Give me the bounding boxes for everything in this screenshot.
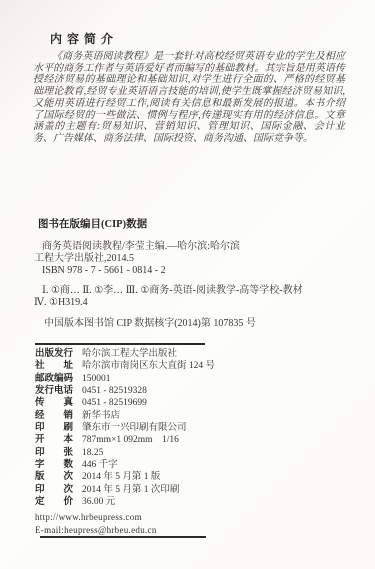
colophon-row: 发行电话0451 - 82519328 [35,385,335,397]
colophon-label: 社址 [35,360,73,372]
colophon-value: 肇东市一兴印刷有限公司 [82,423,187,433]
colophon-value: 0451 - 82519699 [82,398,147,408]
colophon-row: 字数446 千字 [35,459,335,471]
cip-title-line: 商务英语阅读教程/李莹主编.—哈尔滨:哈尔滨 [34,241,360,253]
colophon-value: 哈尔滨工程大学出版社 [82,349,177,359]
colophon-row: 版次2014 年 5 月第 1 版 [35,471,335,483]
cip-classification-line-2: Ⅳ. ①H319.4 [34,297,360,309]
colophon-label: 传真 [35,397,73,409]
colophon-table: 出版发行哈尔滨工程大学出版社 社址哈尔滨市南岗区东大直街 124 号 邮政编码1… [35,348,335,536]
cip-data-heading: 图书在版编目(CIP)数据 [38,216,147,231]
cip-isbn-line: ISBN 978 - 7 - 5661 - 0814 - 2 [34,265,360,277]
colophon-value: 150001 [82,374,111,384]
colophon-value: 36.00 元 [82,497,115,507]
colophon-label: 经销 [35,410,73,422]
colophon-value: 2014 年 5 月第 1 次印刷 [82,485,179,495]
colophon-value: 2014 年 5 月第 1 版 [82,472,160,482]
book-copyright-page: 内容简介 《商务英语阅读教程》是一套针对高校经贸英语专业的学生及相应水平的商务工… [0,0,375,569]
colophon-row: 开本787mm×1 092mm 1/16 [35,434,335,446]
colophon-row: 社址哈尔滨市南岗区东大直街 124 号 [35,360,335,372]
colophon-label: 发行电话 [35,385,73,397]
publisher-email: E-mail:heupress@hrbeu.edu.cn [35,524,335,537]
colophon-value: 新华书店 [82,411,120,421]
colophon-label: 定价 [35,496,73,508]
colophon-label: 开本 [35,434,73,446]
colophon-row: 出版发行哈尔滨工程大学出版社 [35,348,335,360]
colophon-value: 787mm×1 092mm 1/16 [82,435,179,445]
cip-publisher-line: 工程大学出版社,2014.5 [34,253,360,265]
colophon-label: 字数 [35,459,73,471]
colophon-row: 印刷肇东市一兴印刷有限公司 [35,422,335,434]
cip-classification-line-1: Ⅰ. ①商… Ⅱ. ①李… Ⅲ. ①商务-英语-阅读教学-高等学校-教材 [34,285,360,297]
colophon-row: 印次2014 年 5 月第 1 次印刷 [35,484,335,496]
colophon-value: 18.25 [82,448,103,458]
colophon-label: 版次 [35,471,73,483]
colophon-label: 邮政编码 [35,373,73,385]
colophon-row: 印张18.25 [35,447,335,459]
cip-registry-line: 中国版本图书馆 CIP 数据核字(2014)第 107835 号 [34,318,360,330]
colophon-value: 哈尔滨市南岗区东大直街 124 号 [82,361,215,371]
divider-rule-top [35,343,205,345]
content-summary-paragraph: 《商务英语阅读教程》是一套针对高校经贸英语专业的学生及相应水平的商务工作者与英语… [33,51,345,145]
colophon-value: 446 千字 [82,460,118,470]
colophon-label: 印张 [35,447,73,459]
colophon-row: 定价36.00 元 [35,496,335,508]
colophon-label: 印刷 [35,422,73,434]
cip-data-block: 商务英语阅读教程/李莹主编.—哈尔滨:哈尔滨 工程大学出版社,2014.5 IS… [34,241,360,330]
colophon-row: 经销新华书店 [35,410,335,422]
divider-rule-bottom [40,536,206,538]
colophon-value: 0451 - 82519328 [82,386,147,396]
colophon-row: 传真0451 - 82519699 [35,397,335,409]
content-summary-heading: 内容简介 [50,30,118,47]
colophon-row: 邮政编码150001 [35,373,335,385]
publisher-website: http://www.hrbeupress.com [35,511,335,524]
colophon-label: 印次 [35,484,73,496]
colophon-label: 出版发行 [35,348,73,360]
spacer [34,309,360,318]
